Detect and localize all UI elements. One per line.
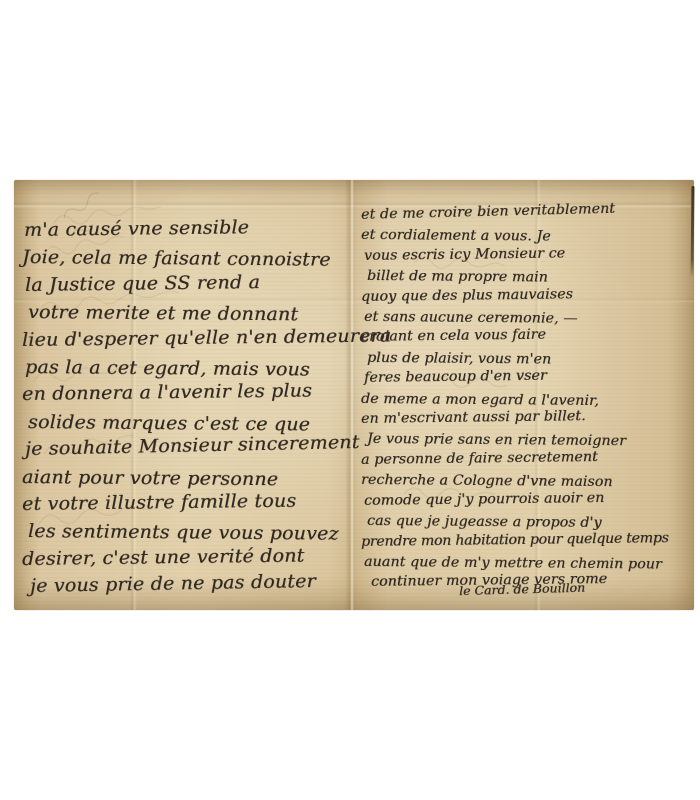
handwritten-line: prendre mon habitation pour quelque temp…	[361, 527, 691, 551]
handwritten-line: je vous prie de ne pas douter	[30, 568, 350, 601]
handwritten-line: je souhaite Monsieur sincerement	[25, 429, 351, 463]
handwritten-line: en m'escrivant aussi par billet.	[361, 405, 691, 429]
handwritten-line: a personne de faire secretement	[361, 446, 691, 470]
handwritten-line: lieu d'esperer qu'elle n'en demeurera	[22, 323, 350, 354]
handwritten-line: vous escris icy Monsieur ce	[364, 242, 691, 266]
handwritten-line: comode que j'y pourrois auoir en	[364, 487, 691, 511]
handwritten-line: la Justice que SS rend a	[25, 268, 350, 299]
letter-photo: m'a causé vne sensible Joie, cela me fai…	[14, 180, 694, 610]
screenshot-canvas: { "document": { "kind": "Photograph of a…	[0, 0, 700, 800]
dark-edge-tear	[691, 186, 695, 278]
handwritten-line: croiant en cela vous faire	[361, 323, 691, 347]
handwritten-line: et votre illustre famille tous	[22, 487, 350, 518]
handwritten-line: feres beaucoup d'en vser	[364, 364, 691, 388]
letter-page-right: et de me croire bien veritablement et co…	[361, 180, 691, 635]
handwritten-line: m'a causé vne sensible	[24, 213, 350, 244]
letter-page-left: m'a causé vne sensible Joie, cela me fai…	[22, 180, 350, 647]
handwritten-line: et de me croire bien veritablement	[361, 197, 691, 225]
handwritten-line: en donnera a l'avenir les plus	[22, 377, 350, 408]
handwritten-line: quoy que des plus mauvaises	[361, 283, 691, 307]
